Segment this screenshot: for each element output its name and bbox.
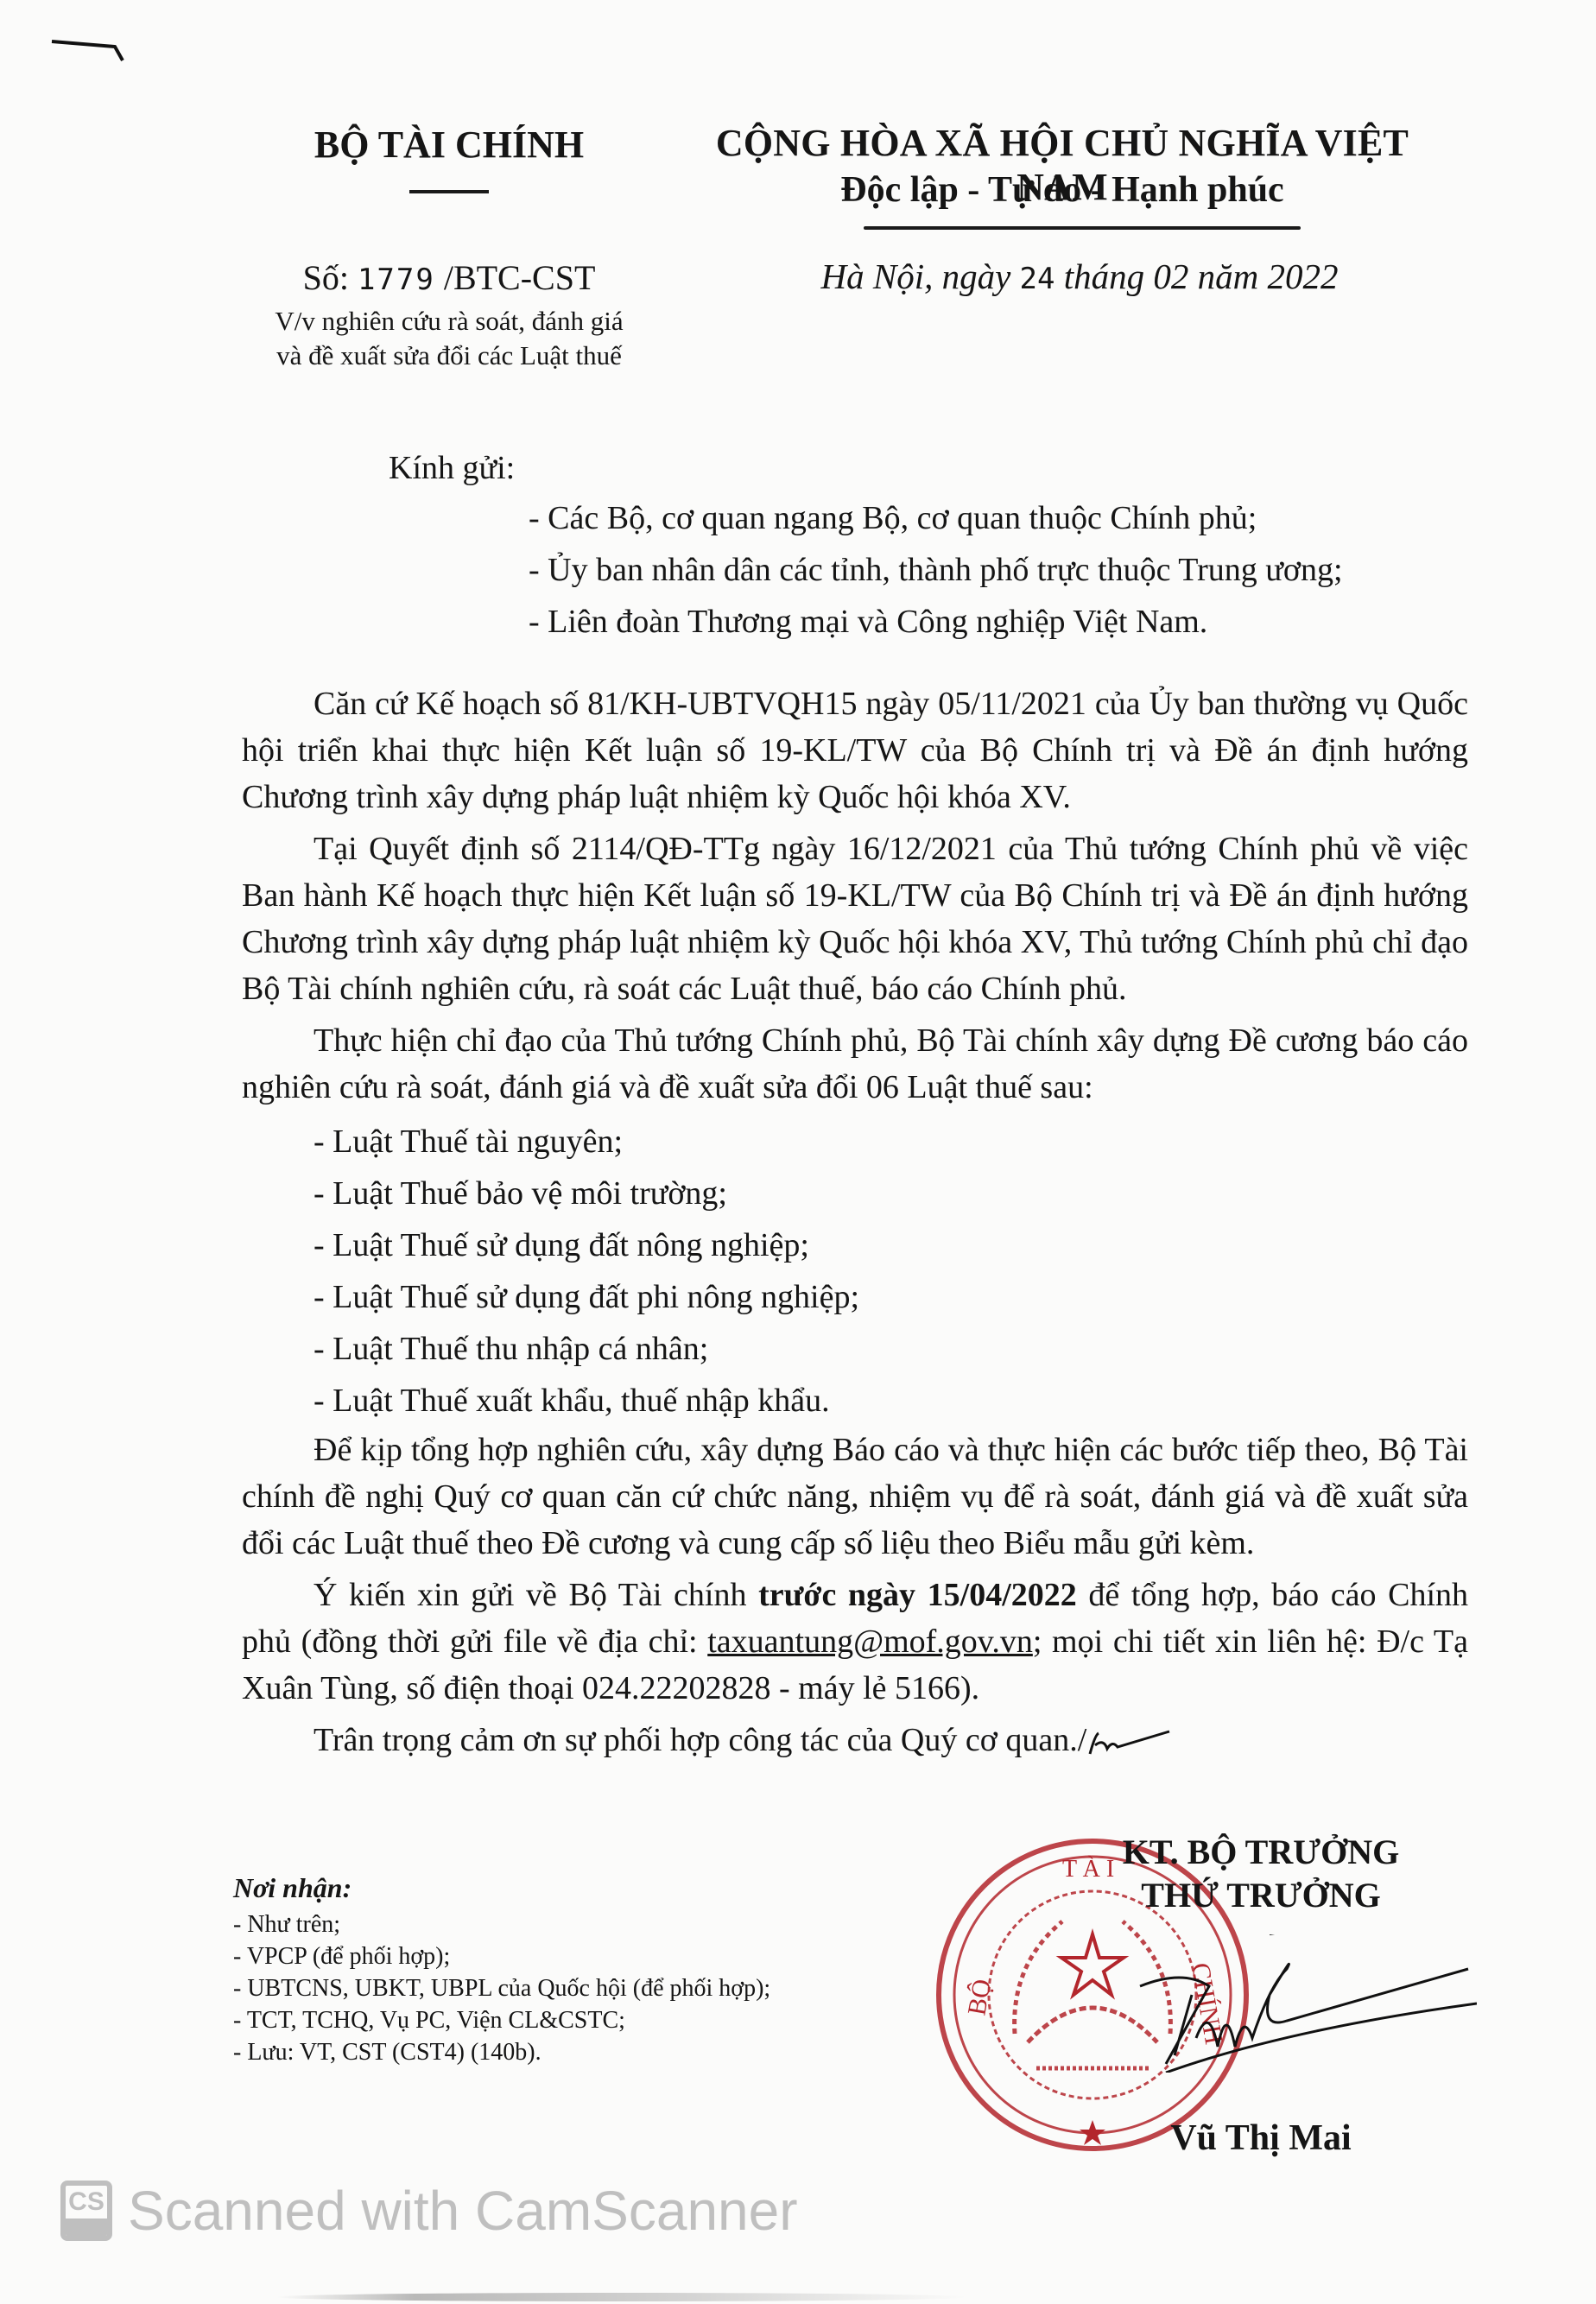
motto-underline	[864, 226, 1301, 230]
scan-smudge	[276, 2293, 967, 2301]
national-motto: Độc lập - Tự do - Hạnh phúc	[682, 169, 1442, 211]
signer-title: THỨ TRƯỞNG	[1036, 1874, 1485, 1917]
cc-item: - Như trên;	[233, 1908, 770, 1940]
tax-law-item: - Luật Thuế thu nhập cá nhân;	[313, 1323, 1468, 1375]
camscanner-watermark: CS Scanned with CamScanner	[60, 2181, 798, 2241]
pen-mark	[50, 36, 136, 62]
paragraph-deadline: Ý kiến xin gửi về Bộ Tài chính trước ngà…	[242, 1572, 1468, 1712]
doc-number-suffix: /BTC-CST	[444, 258, 596, 297]
signing-authority: KT. BỘ TRƯỞNG	[1036, 1831, 1485, 1874]
contact-email-link[interactable]: taxuantung@mof.gov.vn	[707, 1624, 1033, 1660]
organization-underline	[409, 190, 489, 193]
closing-text: Trân trọng cảm ơn sự phối hợp công tác c…	[313, 1722, 1086, 1758]
cc-list: - Như trên; - VPCP (để phối hợp); - UBTC…	[233, 1908, 770, 2068]
document-number: Số: 1779 /BTC-CST	[259, 257, 639, 298]
watermark-text: Scanned with CamScanner	[128, 2179, 798, 2243]
recipient-item: - Ủy ban nhân dân các tỉnh, thành phố tr…	[529, 544, 1343, 596]
tax-law-item: - Luật Thuế tài nguyên;	[313, 1116, 1468, 1168]
initial-mark-icon	[1086, 1730, 1173, 1756]
tax-law-list: - Luật Thuế tài nguyên; - Luật Thuế bảo …	[242, 1116, 1468, 1427]
recipient-item: - Liên đoàn Thương mại và Công nghiệp Vi…	[529, 596, 1343, 648]
subject-line: V/v nghiên cứu rà soát, đánh giá	[216, 304, 682, 339]
cc-item: - VPCP (để phối hợp);	[233, 1940, 770, 1972]
doc-number-handwritten: 1779	[358, 263, 435, 297]
issue-date: Hà Nội, ngày 24 tháng 02 năm 2022	[777, 256, 1382, 297]
date-day-handwritten: 24	[1020, 262, 1055, 296]
svg-text:BỘ: BỘ	[962, 1977, 997, 2017]
closing-line: Trân trọng cảm ơn sự phối hợp công tác c…	[242, 1717, 1468, 1763]
tax-law-item: - Luật Thuế sử dụng đất phi nông nghiệp;	[313, 1271, 1468, 1323]
date-suffix: tháng 02 năm 2022	[1064, 256, 1339, 296]
paragraph-request: Để kịp tổng hợp nghiên cứu, xây dựng Báo…	[242, 1427, 1468, 1567]
cc-title: Nơi nhận:	[233, 1872, 351, 1904]
cc-item: - UBTCNS, UBKT, UBPL của Quốc hội (để ph…	[233, 1972, 770, 2004]
deadline-text: Ý kiến xin gửi về Bộ Tài chính	[313, 1577, 758, 1613]
cc-item: - TCT, TCHQ, Vụ PC, Viện CL&CSTC;	[233, 2004, 770, 2036]
date-prefix: Hà Nội, ngày	[821, 256, 1011, 296]
salutation-recipients: - Các Bộ, cơ quan ngang Bộ, cơ quan thuộ…	[529, 492, 1343, 648]
paragraph-directive: Thực hiện chỉ đạo của Thủ tướng Chính ph…	[242, 1017, 1468, 1111]
signer-name: Vũ Thị Mai	[1088, 2117, 1434, 2159]
handwritten-signature-icon	[1114, 1934, 1477, 2073]
doc-number-prefix: Số:	[303, 258, 349, 297]
letter-body: Căn cứ Kế hoạch số 81/KH-UBTVQH15 ngày 0…	[242, 680, 1468, 1769]
salutation-label: Kính gửi:	[389, 449, 515, 487]
document-subject: V/v nghiên cứu rà soát, đánh giá và đề x…	[216, 304, 682, 373]
deadline-date: trước ngày 15/04/2022	[758, 1577, 1077, 1613]
tax-law-item: - Luật Thuế bảo vệ môi trường;	[313, 1168, 1468, 1219]
recipient-item: - Các Bộ, cơ quan ngang Bộ, cơ quan thuộ…	[529, 492, 1343, 544]
signature-block: KT. BỘ TRƯỞNG THỨ TRƯỞNG	[1036, 1831, 1485, 1917]
cc-item: - Lưu: VT, CST (CST4) (140b).	[233, 2036, 770, 2068]
tax-law-item: - Luật Thuế xuất khẩu, thuế nhập khẩu.	[313, 1375, 1468, 1427]
paragraph-decision: Tại Quyết định số 2114/QĐ-TTg ngày 16/12…	[242, 826, 1468, 1012]
organization-name: BỘ TÀI CHÍNH	[259, 123, 639, 167]
camscanner-logo-icon: CS	[60, 2181, 112, 2241]
paragraph-legal-basis: Căn cứ Kế hoạch số 81/KH-UBTVQH15 ngày 0…	[242, 680, 1468, 820]
logo-text: CS	[66, 2186, 107, 2219]
subject-line: và đề xuất sửa đổi các Luật thuế	[216, 339, 682, 373]
tax-law-item: - Luật Thuế sử dụng đất nông nghiệp;	[313, 1219, 1468, 1271]
